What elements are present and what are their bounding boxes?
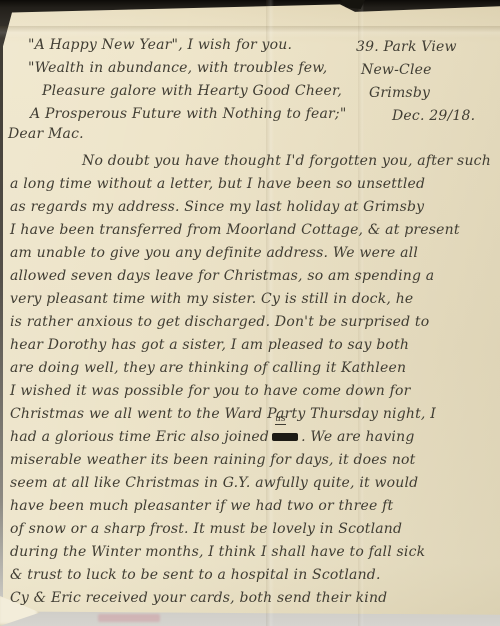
letter-body: No doubt you have thought I'd forgotten … xyxy=(10,150,496,610)
salutation: Dear Mac. xyxy=(8,126,84,142)
sender-address-block: 39. Park View New-Clee Grimsby Dec. 29/1… xyxy=(356,36,475,128)
verse-line: "Wealth in abundance, with troubles few, xyxy=(28,57,346,80)
verse-line: Pleasure galore with Hearty Good Cheer, xyxy=(28,80,346,103)
body-line: during the Winter months, I think I shal… xyxy=(10,541,496,564)
body-line: Christmas we all went to the Ward Party … xyxy=(10,403,496,426)
body-line: very pleasant time with my sister. Cy is… xyxy=(10,288,496,311)
verse-line: "A Happy New Year", I wish for you. xyxy=(28,34,346,57)
body-line: a long time without a letter, but I have… xyxy=(10,173,496,196)
body-line: hear Dorothy has got a sister, I am plea… xyxy=(10,334,496,357)
body-line: allowed seven days leave for Christmas, … xyxy=(10,265,496,288)
body-line-with-correction: had a glorious time Eric also joinedus. … xyxy=(10,426,496,449)
address-line: New-Clee xyxy=(356,59,475,82)
verse-line: A Prosperous Future with Nothing to fear… xyxy=(28,103,346,126)
body-line: I wished it was possible for you to have… xyxy=(10,380,496,403)
body-line: is rather anxious to get discharged. Don… xyxy=(10,311,496,334)
body-line: seem at all like Christmas in G.Y. awful… xyxy=(10,472,496,495)
body-line: of snow or a sharp frost. It must be lov… xyxy=(10,518,496,541)
body-line: am unable to give you any definite addre… xyxy=(10,242,496,265)
new-year-verse: "A Happy New Year", I wish for you. "Wea… xyxy=(28,34,346,126)
body-line-prefix: had a glorious time Eric also joined xyxy=(10,429,269,445)
ink-blot xyxy=(272,433,298,441)
body-line: have been much pleasanter if we had two … xyxy=(10,495,496,518)
letter-scan: "A Happy New Year", I wish for you. "Wea… xyxy=(0,0,500,626)
faint-pink-stamp xyxy=(98,614,160,622)
body-line: Cy & Eric received your cards, both send… xyxy=(10,587,496,610)
body-line: are doing well, they are thinking of cal… xyxy=(10,357,496,380)
letter-date: Dec. 29/18. xyxy=(356,105,475,128)
inked-out-correction: us xyxy=(272,426,298,449)
body-line: I have been transferred from Moorland Co… xyxy=(10,219,496,242)
body-line-suffix: . We are having xyxy=(301,429,414,445)
body-line: as regards my address. Since my last hol… xyxy=(10,196,496,219)
address-line: Grimsby xyxy=(356,82,475,105)
body-line: & trust to luck to be sent to a hospital… xyxy=(10,564,496,587)
inserted-word: us xyxy=(275,415,286,425)
body-line: No doubt you have thought I'd forgotten … xyxy=(10,150,496,173)
address-line: 39. Park View xyxy=(356,36,475,59)
body-line: miserable weather its been raining for d… xyxy=(10,449,496,472)
